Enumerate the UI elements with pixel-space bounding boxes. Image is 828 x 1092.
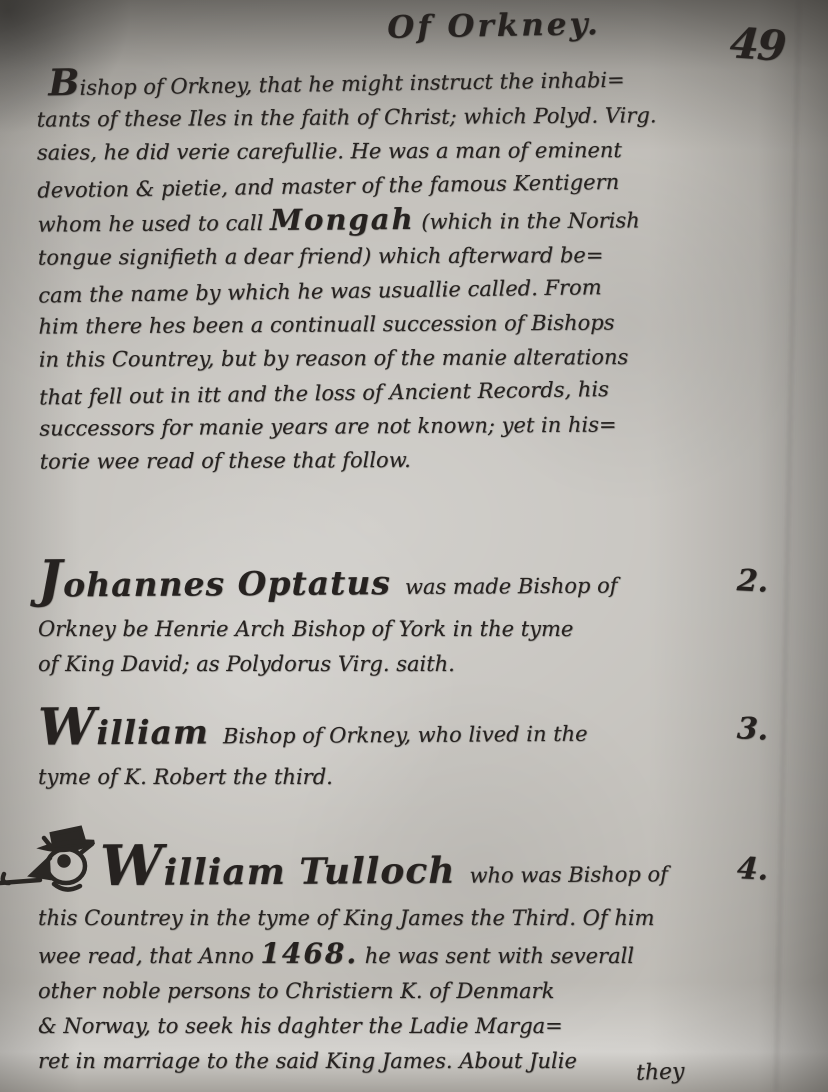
- manuscript-page: Of Orkney. 49 Bishop of Orkney, that he …: [0, 0, 828, 1092]
- anno-year: 1468.: [260, 937, 358, 970]
- entry-head-line: William Tullochwho was Bishop of: [38, 837, 780, 903]
- manuscript-line: this Countrey in the tyme of King James …: [38, 901, 780, 936]
- page-title: Of Orkney.: [284, 4, 705, 47]
- line-text: was made Bishop of: [405, 574, 618, 599]
- manuscript-line: wee read, that Anno 1468. he was sent wi…: [38, 936, 780, 974]
- mongah-name: Mongah: [270, 202, 415, 237]
- entry-head-line: Johannes Optatuswas made Bishop of: [38, 549, 780, 614]
- line-text: he was sent with severall: [358, 944, 634, 968]
- bishop-name: Johannes Optatus: [38, 552, 391, 610]
- line-text: who was Bishop of: [469, 862, 668, 887]
- manuscript-line: successors for manie years are not known…: [39, 406, 781, 445]
- manuscript-line: whom he used to call Mongah (which in th…: [37, 199, 779, 241]
- bishop-entry-william-tulloch: 4. William Tullochwho was Bishop of this…: [38, 840, 780, 1079]
- bishop-name: William: [38, 701, 209, 758]
- manuscript-line: tants of these Iles in the faith of Chri…: [37, 97, 779, 136]
- manuscript-line: Orkney be Henrie Arch Bishop of York in …: [38, 612, 780, 647]
- manuscript-line: tyme of K. Robert the third.: [38, 760, 780, 795]
- line-text: whom he used to call: [38, 211, 271, 237]
- bishop-name: William Tulloch: [100, 840, 456, 898]
- manuscript-line: other noble persons to Christiern K. of …: [38, 974, 780, 1009]
- line-text: Bishop of Orkney, who lived in the: [223, 722, 588, 749]
- bishop-entry-johannes-optatus: 2. Johannes Optatuswas made Bishop of Or…: [38, 552, 780, 682]
- manuscript-line: him there hes been a continuall successi…: [38, 304, 780, 343]
- manuscript-line: torie wee read of these that follow.: [40, 441, 782, 478]
- line-text: (which in the Norish: [415, 208, 640, 234]
- line-text: wee read, that Anno: [38, 944, 260, 968]
- manuscript-line: of King David; as Polydorus Virg. saith.: [38, 647, 780, 682]
- bishop-entry-william: 3. WilliamBishop of Orkney, who lived in…: [38, 700, 780, 795]
- catchword: they: [636, 1059, 685, 1086]
- entry-head-line: WilliamBishop of Orkney, who lived in th…: [38, 697, 780, 762]
- manuscript-line: & Norway, to seek his daghter the Ladie …: [38, 1009, 780, 1044]
- intro-paragraph: Bishop of Orkney, that he might instruct…: [36, 57, 782, 480]
